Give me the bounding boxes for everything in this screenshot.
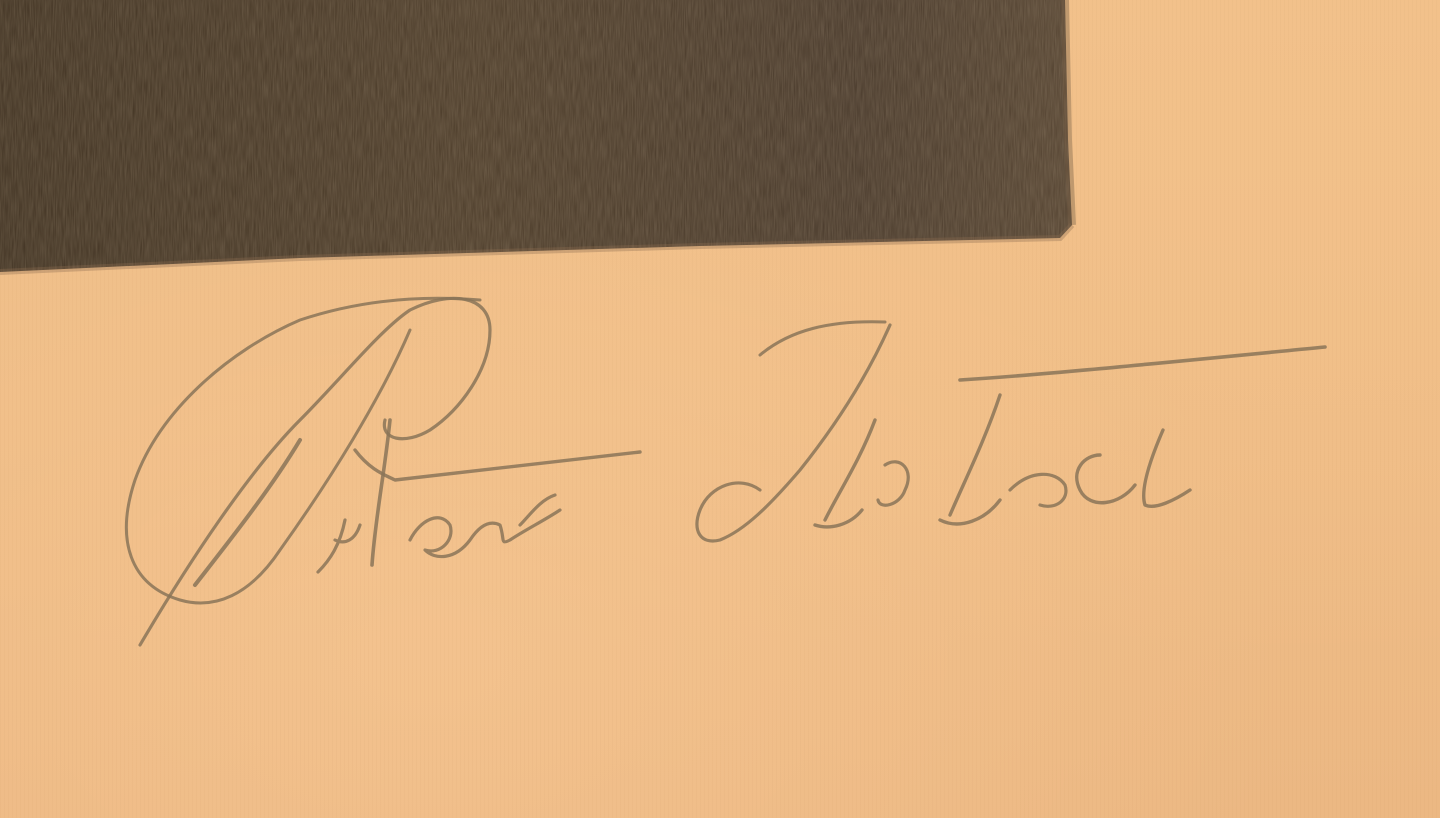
pencil-signature: Peter Ilsted — [0, 0, 1440, 818]
artwork-photo: Peter Ilsted — [0, 0, 1440, 818]
